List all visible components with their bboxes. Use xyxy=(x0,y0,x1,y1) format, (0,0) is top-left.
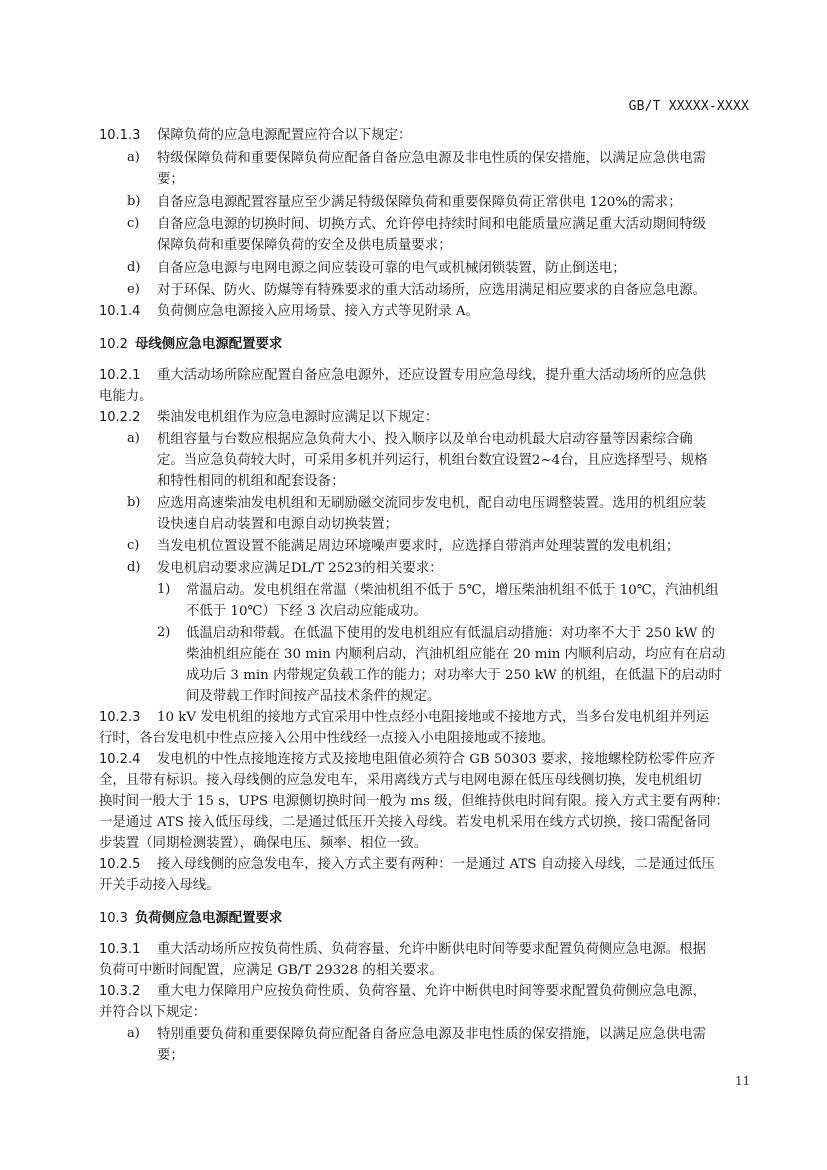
item-a-line-1: 特别重要负荷和重要保障负荷应配备自备应急电源及非电性质的保安措施，以满足应急供电… xyxy=(157,1025,706,1045)
clause-line: 接入母线侧的应急发电车，接入方式主要有两种：一是通过 ATS 自动接入母线，二是… xyxy=(157,857,715,872)
clause-number: 10.2.1 xyxy=(99,366,157,386)
item-mark: e) xyxy=(127,282,140,297)
clause-number: 10.2.3 xyxy=(99,708,157,728)
clause-line: 发电机的中性点接地连接方式及接地电阻值必须符合 GB 50303 要求，接地螺栓… xyxy=(157,752,715,767)
item-mark: a) xyxy=(127,150,140,165)
item-mark: c) xyxy=(127,538,139,553)
clause-line: 一是通过 ATS 接入低压母线，二是通过低压开关接入母线。若发电机采用在线方式切… xyxy=(99,813,710,833)
clause-number: 10.2.5 xyxy=(99,855,157,875)
subitem-mark: 2) xyxy=(157,625,170,640)
item-mark: a) xyxy=(127,431,140,446)
item-mark: d) xyxy=(127,560,140,575)
item-a-line-2: 定。当应急负荷较大时，可采用多机并列运行，机组台数宜设置2~4台，且应选择型号、… xyxy=(157,451,708,471)
clause-text: 柴油发电机组作为应急电源时应满足以下规定： xyxy=(157,410,438,425)
clause-10-2-5: 10.2.5接入母线侧的应急发电车，接入方式主要有两种：一是通过 ATS 自动接… xyxy=(99,855,715,875)
subitem-2-line-1: 低温启动和带载。在低温下使用的发电机组应有低温启动措施：对功率不大于 250 k… xyxy=(186,624,715,644)
item-a-line-2: 要； xyxy=(157,1046,184,1066)
item-c-line-2: 保障负荷和重要保障负荷的安全及供电质量要求； xyxy=(157,236,452,256)
item-mark: c) xyxy=(127,216,139,231)
document-page: GB/T XXXXX-XXXX 10.1.3保障负荷的应急电源配置应符合以下规定… xyxy=(0,0,827,1170)
item-e-line-1: 对于环保、防火、防爆等有特殊要求的重大活动场所，应选用满足相应要求的自备应急电源… xyxy=(157,281,706,301)
clause-line: 重大活动场所除应配置自备应急电源外，还应设置专用应急母线，提升重大活动场所的应急… xyxy=(157,368,706,383)
clause-10-2-1: 10.2.1重大活动场所除应配置自备应急电源外，还应设置专用应急母线，提升重大活… xyxy=(99,366,706,386)
clause-number: 10.1.3 xyxy=(99,126,157,146)
subitem-2-line-3: 成功后 3 min 内带规定负载工作的能力；对功率大于 250 kW 的机组，在… xyxy=(186,666,722,686)
item-a-line-2: 要； xyxy=(157,170,184,190)
clause-line: 行时，各台发电机中性点应接入公用中性线经一点接入小电阻接地或不接地。 xyxy=(99,729,554,749)
clause-number: 10.2.2 xyxy=(99,408,157,428)
section-number: 10.2 xyxy=(99,337,135,352)
item-mark: a) xyxy=(127,1026,140,1041)
clause-line: 重大电力保障用户应按负荷性质、负荷容量、允许中断供电时间等要求配置负荷侧应急电源… xyxy=(157,984,706,999)
section-number: 10.3 xyxy=(99,911,135,926)
clause-10-3-1: 10.3.1重大活动场所应按负荷性质、负荷容量、允许中断供电时间等要求配置负荷侧… xyxy=(99,940,706,960)
clause-10-1-4: 10.1.4负荷侧应急电源接入应用场景、接入方式等见附录 A。 xyxy=(99,302,479,322)
section-heading-10-3: 10.3负荷侧应急电源配置要求 xyxy=(99,907,282,926)
clause-10-1-3: 10.1.3保障负荷的应急电源配置应符合以下规定： xyxy=(99,126,411,146)
section-heading-10-2: 10.2母线侧应急电源配置要求 xyxy=(99,333,282,352)
subitem-1-line-2: 不低于 10℃）下经 3 次启动应能成功。 xyxy=(186,602,427,622)
standard-code-header: GB/T XXXXX-XXXX xyxy=(629,99,749,114)
item-a-line-1: 机组容量与台数应根据应急负荷大小、投入顺序以及单台电动机最大启动容量等因素综合确 xyxy=(157,430,693,450)
clause-line: 并符合以下规定： xyxy=(99,1003,206,1023)
clause-10-3-2: 10.3.2重大电力保障用户应按负荷性质、负荷容量、允许中断供电时间等要求配置负… xyxy=(99,982,706,1002)
item-b-line-1: 自备应急电源配置容量应至少满足特级保障负荷和重要保障负荷正常供电 120%的需求… xyxy=(157,193,682,213)
clause-number: 10.3.2 xyxy=(99,982,157,1002)
section-title: 母线侧应急电源配置要求 xyxy=(135,337,282,352)
clause-line: 换时间一般大于 15 s，UPS 电源侧切换时间一般为 ms 级，但维持供电时间… xyxy=(99,792,729,812)
item-mark: d) xyxy=(127,260,140,275)
item-d-line-1: 发电机启动要求应满足DL/T 2523的相关要求： xyxy=(157,559,443,579)
clause-text: 负荷侧应急电源接入应用场景、接入方式等见附录 A。 xyxy=(157,304,479,319)
item-a-line-1: 特级保障负荷和重要保障负荷应配备自备应急电源及非电性质的保安措施，以满足应急供电… xyxy=(157,149,706,169)
subitem-2-line-4: 间及带载工作时间按产品技术条件的规定。 xyxy=(186,687,440,707)
clause-line: 全，且带有标识。接入母线侧的应急发电车，采用离线方式与电网电源在低压母线侧切换，… xyxy=(99,771,702,791)
item-b-line-2: 设快速自启动装置和电源自动切换装置； xyxy=(157,515,398,535)
clause-line: 重大活动场所应按负荷性质、负荷容量、允许中断供电时间等要求配置负荷侧应急电源。根… xyxy=(157,942,706,957)
clause-line: 步装置（同期检测装置），确保电压、频率、相位一致。 xyxy=(99,834,427,854)
clause-number: 10.3.1 xyxy=(99,940,157,960)
item-b-line-1: 应选用高速柴油发电机组和无刷励磁交流同步发电机，配自动电压调整装置。选用的机组应… xyxy=(157,494,706,514)
item-c-line-1: 当发电机位置设置不能满足周边环境噪声要求时，应选择自带消声处理装置的发电机组； xyxy=(157,537,679,557)
section-title: 负荷侧应急电源配置要求 xyxy=(135,911,282,926)
clause-number: 10.2.4 xyxy=(99,750,157,770)
clause-number: 10.1.4 xyxy=(99,302,157,322)
item-d-line-1: 自备应急电源与电网电源之间应装设可靠的电气或机械闭锁装置，防止倒送电； xyxy=(157,259,626,279)
clause-text: 保障负荷的应急电源配置应符合以下规定： xyxy=(157,128,411,143)
clause-line: 10 kV 发电机组的接地方式宜采用中性点经小电阻接地或不接地方式，当多台发电机… xyxy=(157,710,709,725)
item-a-line-3: 和特性相同的机组和配套设备； xyxy=(157,472,344,492)
clause-line: 负荷可中断时间配置，应满足 GB/T 29328 的相关要求。 xyxy=(99,961,443,981)
clause-10-2-4: 10.2.4发电机的中性点接地连接方式及接地电阻值必须符合 GB 50303 要… xyxy=(99,750,715,770)
page-number: 11 xyxy=(735,1074,750,1088)
item-mark: b) xyxy=(127,495,140,510)
clause-line: 电能力。 xyxy=(99,387,153,407)
clause-10-2-2: 10.2.2柴油发电机组作为应急电源时应满足以下规定： xyxy=(99,408,438,428)
item-c-line-1: 自备应急电源的切换时间、切换方式、允许停电持续时间和电能质量应满足重大活动期间特… xyxy=(157,215,706,235)
item-mark: b) xyxy=(127,194,140,209)
clause-10-2-3: 10.2.310 kV 发电机组的接地方式宜采用中性点经小电阻接地或不接地方式，… xyxy=(99,708,709,728)
clause-line: 开关手动接入母线。 xyxy=(99,876,220,896)
subitem-1-line-1: 常温启动。发电机组在常温（柴油机组不低于 5℃，增压柴油机组不低于 10℃，汽油… xyxy=(186,581,719,601)
subitem-2-line-2: 柴油机组应能在 30 min 内顺利启动，汽油机组应能在 20 min 内顺利启… xyxy=(186,645,725,665)
subitem-mark: 1) xyxy=(157,582,170,597)
